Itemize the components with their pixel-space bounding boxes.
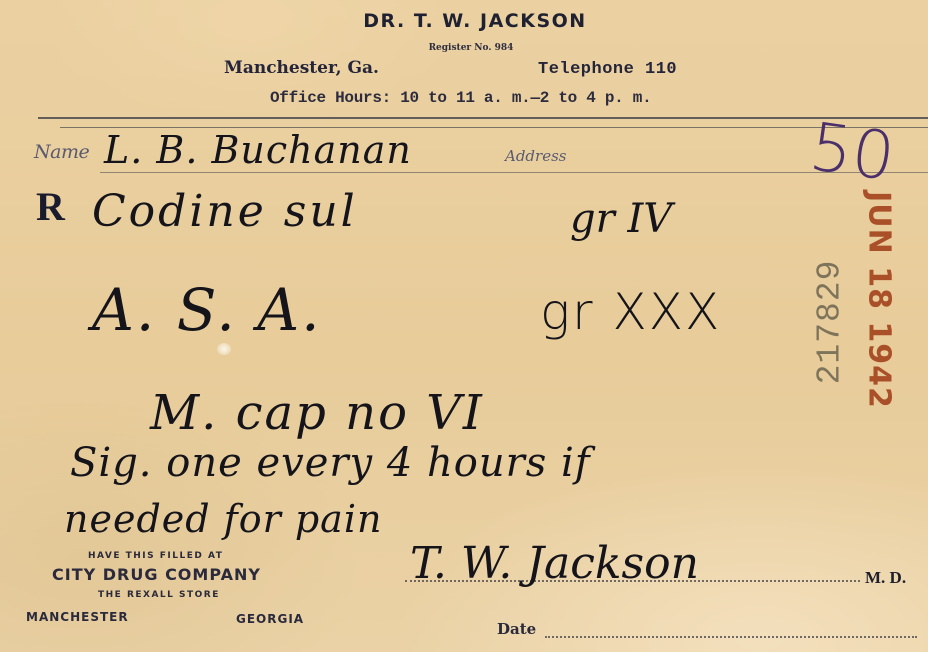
telephone-number: Telephone 110 bbox=[538, 60, 677, 79]
pharmacy-city: MANCHESTER bbox=[26, 610, 129, 624]
patient-name: L. B. Buchanan bbox=[104, 128, 412, 172]
pharmacy-name: CITY DRUG COMPANY bbox=[52, 565, 261, 584]
date-line bbox=[545, 636, 917, 638]
paper-blemish bbox=[217, 343, 231, 355]
pharmacy-tagline: THE REXALL STORE bbox=[98, 590, 220, 600]
office-hours: Office Hours: 10 to 11 a. m.—2 to 4 p. m… bbox=[270, 89, 651, 107]
header-rule-top bbox=[38, 117, 928, 119]
md-label: M. D. bbox=[865, 568, 906, 588]
rx-line-1-quantity: gr IV bbox=[570, 196, 672, 242]
physician-signature: T. W. Jackson bbox=[410, 538, 699, 589]
date-stamp: JUN 18 1942 bbox=[862, 191, 897, 409]
address-label: Address bbox=[505, 147, 566, 165]
pharmacy-state: GEORGIA bbox=[236, 612, 304, 626]
rx-line-3-compounding: M. cap no VI bbox=[150, 385, 484, 441]
physician-city: Manchester, Ga. bbox=[224, 58, 379, 78]
pharmacy-instruction: HAVE THIS FILLED AT bbox=[88, 551, 223, 561]
rx-line-4-directions: Sig. one every 4 hours if bbox=[70, 440, 591, 486]
rx-line-1-drug: Codine sul bbox=[92, 186, 358, 237]
name-underline bbox=[100, 172, 928, 173]
rx-line-2-quantity: gr XXX bbox=[540, 283, 721, 341]
date-label: Date bbox=[497, 620, 536, 638]
physician-name: DR. T. W. JACKSON bbox=[0, 10, 928, 32]
rx-line-5-directions: needed for pain bbox=[64, 497, 382, 541]
prescription-slip: DR. T. W. JACKSON Register No. 984 Manch… bbox=[0, 0, 928, 652]
name-label: Name bbox=[34, 141, 89, 163]
serial-number-stamp: 217829 bbox=[812, 260, 849, 385]
register-number: Register No. 984 bbox=[0, 43, 928, 53]
rx-symbol: R bbox=[36, 183, 65, 230]
rx-line-2-drug: A. S. A. bbox=[92, 276, 322, 344]
margin-note: 50 bbox=[805, 108, 899, 196]
